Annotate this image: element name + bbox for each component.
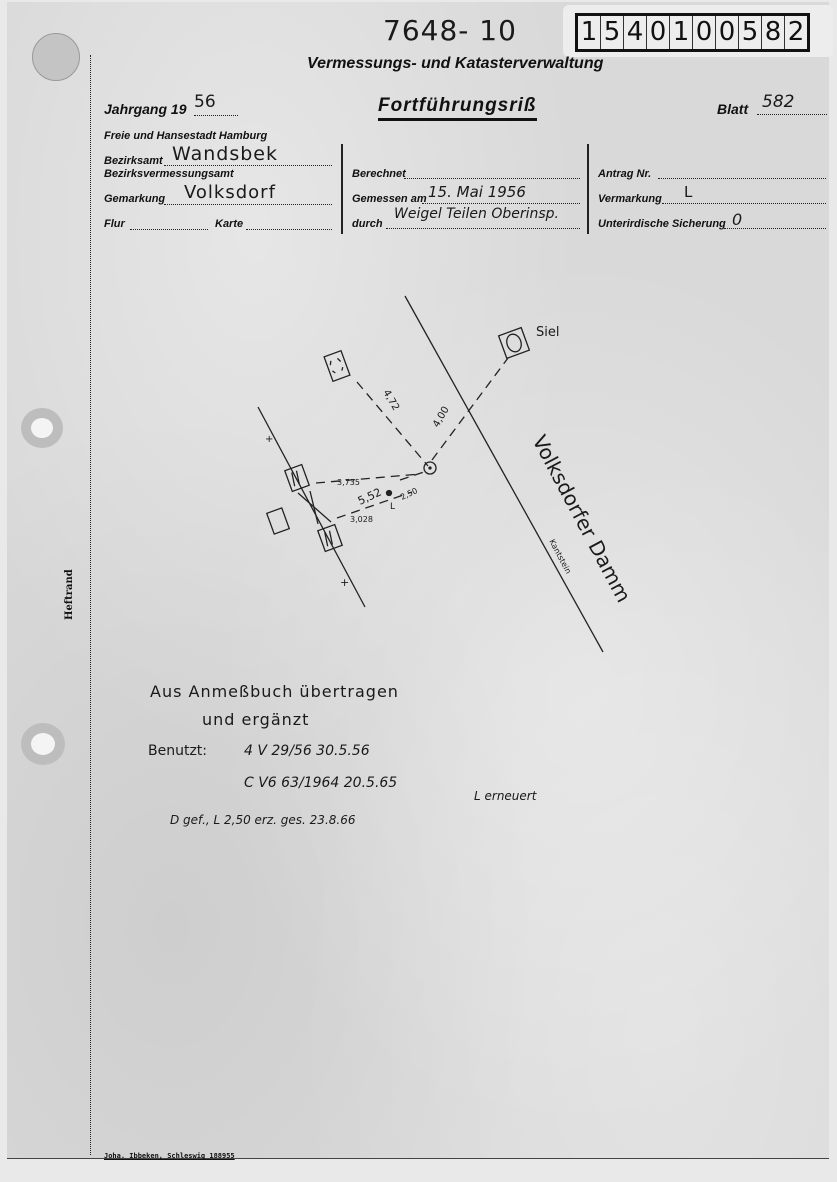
marker-l: L [390, 502, 395, 512]
small-box [267, 508, 290, 534]
note-line-d: D gef., L 2,50 erz. ges. 23.8.66 [170, 813, 355, 827]
hatched-box-lower [318, 525, 342, 552]
survey-sketch: Siel Volksdorfer Damm Kantstein 4,72 4,0… [0, 0, 837, 1182]
measure-400: 4,00 [431, 405, 452, 430]
note-line-2: und ergänzt [202, 710, 309, 729]
manhole-box-top [324, 351, 350, 382]
measure-472: 4,72 [380, 388, 401, 413]
benutzt-entry-2: C V6 63/1964 20.5.65 [244, 775, 397, 791]
benutzt-label: Benutzt: [148, 743, 207, 759]
measure-3028: 3,028 [350, 515, 373, 524]
printer-imprint: Joha. Ibbeken, Schleswig 188955 [104, 1152, 235, 1160]
measure-250: 2,50 [399, 486, 419, 502]
siel-label: Siel [536, 325, 559, 340]
benutzt-entry-1: 4 V 29/56 30.5.56 [244, 743, 370, 759]
kantstein-label: Kantstein [547, 538, 573, 576]
note-line-1: Aus Anmeßbuch übertragen [150, 682, 399, 701]
siel-box [499, 328, 530, 359]
measure-552: 5,52 [356, 486, 384, 508]
street-name: Volksdorfer Damm [528, 431, 636, 606]
svg-text:+: + [340, 576, 349, 589]
l-erneuert-note: L erneuert [474, 789, 536, 803]
measure-3735: 3,735 [337, 478, 360, 487]
svg-text:+: + [265, 434, 273, 445]
hatched-box-upper [285, 465, 309, 492]
